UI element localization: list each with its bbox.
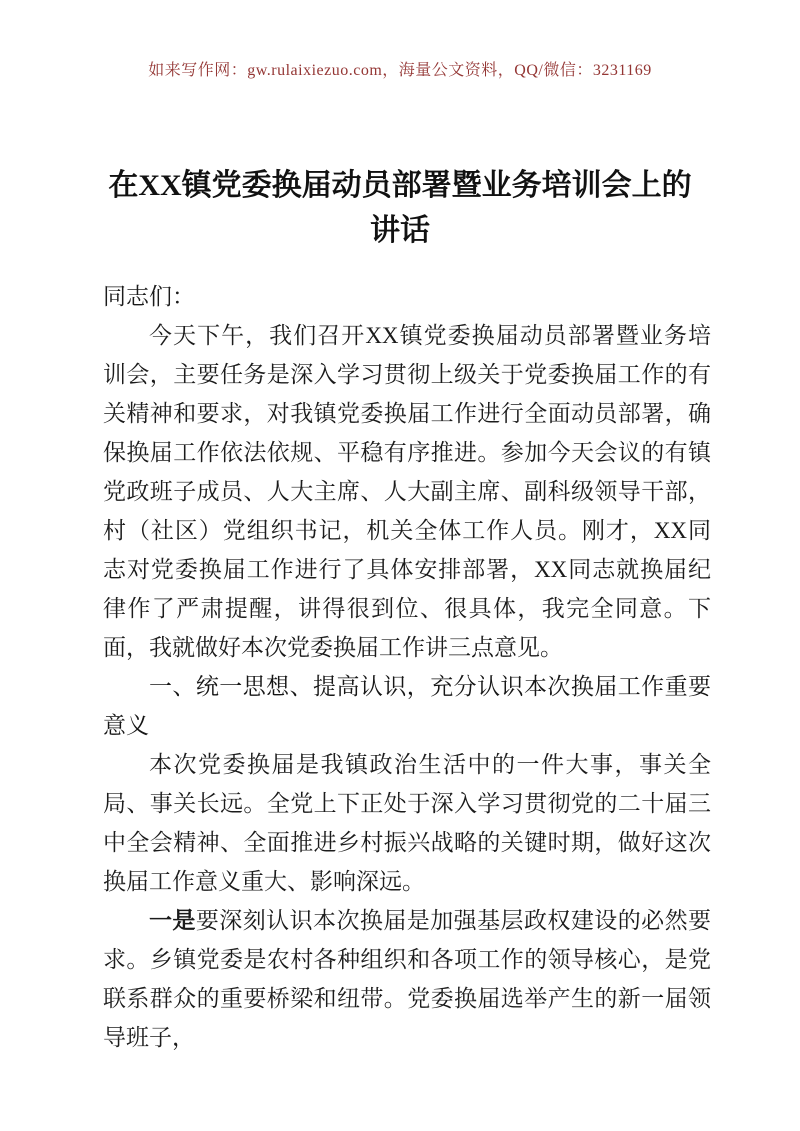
document-body: 同志们： 今天下午，我们召开XX镇党委换届动员部署暨业务培训会，主要任务是深入学… [103, 277, 711, 1057]
paragraph-significance: 本次党委换届是我镇政治生活中的一件大事，事关全局、事关长远。全党上下正处于深入学… [103, 745, 711, 901]
paragraph-intro: 今天下午，我们召开XX镇党委换届动员部署暨业务培训会，主要任务是深入学习贯彻上级… [103, 316, 711, 667]
section-heading-1: 一、统一思想、提高认识，充分认识本次换届工作重要意义 [103, 667, 711, 745]
document-page: 如来写作网：gw.rulaixiezuo.com，海量公文资料，QQ/微信：32… [0, 0, 800, 1131]
paragraph-lead: 一是 [149, 907, 196, 933]
header-line: 如来写作网：gw.rulaixiezuo.com，海量公文资料，QQ/微信：32… [0, 57, 800, 80]
page-title: 在XX镇党委换届动员部署暨业务培训会上的 讲话 [90, 163, 710, 253]
page-title-line2: 讲话 [90, 208, 710, 253]
page-title-line1: 在XX镇党委换届动员部署暨业务培训会上的 [90, 163, 710, 208]
paragraph-point-one: 一是要深刻认识本次换届是加强基层政权建设的必然要求。乡镇党委是农村各种组织和各项… [103, 901, 711, 1057]
salutation: 同志们： [103, 277, 711, 316]
